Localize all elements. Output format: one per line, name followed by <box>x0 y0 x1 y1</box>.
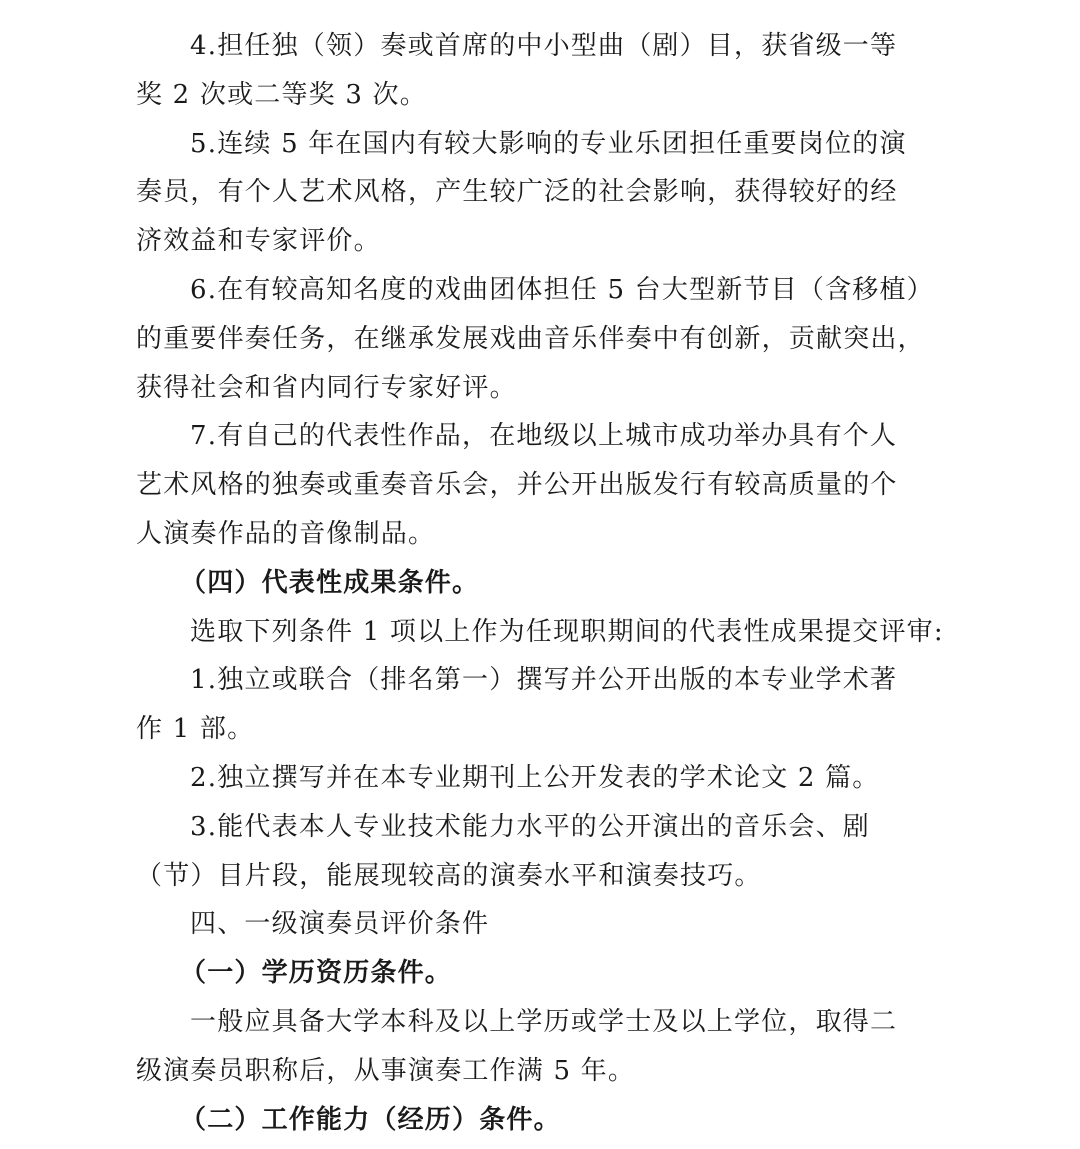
item-6-line-1: 6.在有较高知名度的戏曲团体担任 5 台大型新节目（含移植） <box>136 266 942 315</box>
item-4-line-2: 奖 2 次或二等奖 3 次。 <box>136 71 942 120</box>
item-7-line-2: 艺术风格的独奏或重奏音乐会，并公开出版发行有较高质量的个 <box>136 461 942 510</box>
item-7-line-1: 7.有自己的代表性作品，在地级以上城市成功举办具有个人 <box>136 412 942 461</box>
achievement-item-1-line-1: 1.独立或联合（排名第一）撰写并公开出版的本专业学术著 <box>136 656 942 705</box>
representative-intro-text: 选取下列条件 1 项以上作为任现职期间的代表性成果提交评审: <box>136 608 942 657</box>
education-text-line-2: 级演奏员职称后，从事演奏工作满 5 年。 <box>136 1047 942 1096</box>
item-5-line-1: 5.连续 5 年在国内有较大影响的专业乐团担任重要岗位的演 <box>136 120 942 169</box>
achievement-item-2-line-1: 2.独立撰写并在本专业期刊上公开发表的学术论文 2 篇。 <box>136 754 942 803</box>
item-5-line-3: 济效益和专家评价。 <box>136 217 942 266</box>
item-6-line-2: 的重要伴奏任务，在继承发展戏曲音乐伴奏中有创新，贡献突出， <box>136 315 942 364</box>
section-heading-first-class-performer: 四、一级演奏员评价条件 <box>136 900 942 949</box>
achievement-item-3-line-2: （节）目片段，能展现较高的演奏水平和演奏技巧。 <box>136 852 942 901</box>
education-text-line-1: 一般应具备大学本科及以上学历或学士及以上学位，取得二 <box>136 998 942 1047</box>
subsection-heading-work-ability: （二）工作能力（经历）条件。 <box>136 1096 942 1145</box>
subsection-heading-representative-achievements: （四）代表性成果条件。 <box>136 559 942 608</box>
achievement-item-3-line-1: 3.能代表本人专业技术能力水平的公开演出的音乐会、剧 <box>136 803 942 852</box>
item-6-line-3: 获得社会和省内同行专家好评。 <box>136 364 942 413</box>
item-5-line-2: 奏员，有个人艺术风格，产生较广泛的社会影响，获得较好的经 <box>136 168 942 217</box>
item-7-line-3: 人演奏作品的音像制品。 <box>136 510 942 559</box>
subsection-heading-education: （一）学历资历条件。 <box>136 949 942 998</box>
item-4-line-1: 4.担任独（领）奏或首席的中小型曲（剧）目，获省级一等 <box>136 22 942 71</box>
document-page: 4.担任独（领）奏或首席的中小型曲（剧）目，获省级一等 奖 2 次或二等奖 3 … <box>136 22 942 1144</box>
achievement-item-1-line-2: 作 1 部。 <box>136 705 942 754</box>
